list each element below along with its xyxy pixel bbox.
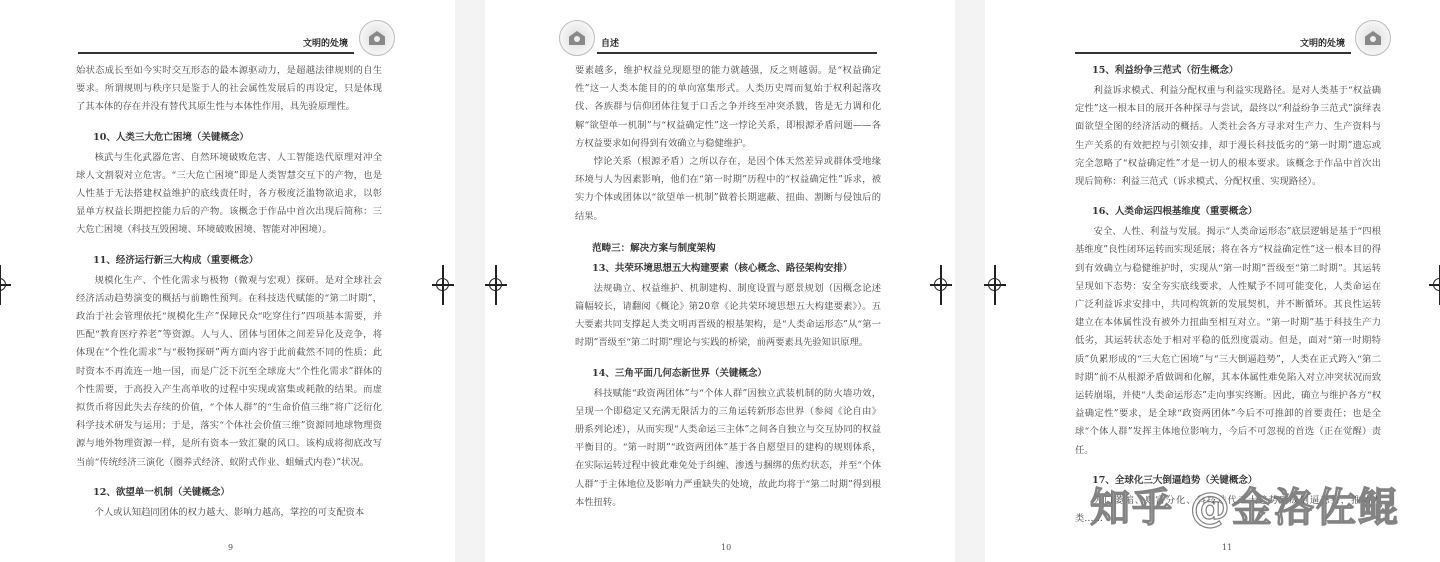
book-logo-icon: [1355, 20, 1391, 56]
page-number: 11: [1222, 543, 1232, 552]
paragraph: 悖论关系（根源矛盾）之所以存在，是因个体天然差异或群体受地缘环境与人为因素影响，…: [575, 153, 881, 226]
document-page-10: 自述 要素越多，维护权益兑现愿望的能力就越强，反之则越弱。是“权益确定性”这一人…: [485, 0, 955, 562]
registration-mark-icon: [1429, 265, 1440, 305]
book-logo-icon: [359, 20, 395, 56]
registration-mark-icon: [432, 265, 454, 305]
section-heading: 10、人类三大危亡困境（关键概念）: [76, 129, 382, 147]
page-number: 9: [228, 543, 233, 552]
intro-paragraph: 始状态成长至如今实时交互形态的最本源驱动力，是超越法律规则的自生要求。所谓规则与…: [76, 62, 382, 117]
page-number: 10: [721, 543, 731, 552]
header-title: 文明的处境: [1300, 36, 1345, 49]
section-heading: 15、利益纷争三范式（衍生概念）: [1075, 62, 1381, 80]
section-paragraph: 利益诉求模式、利益分配权重与利益实现路径。是对人类基于“权益确定性”这一根本目的…: [1075, 82, 1381, 191]
registration-mark-icon: [984, 265, 1006, 305]
section-heading: 14、三角平面几何态新世界（关键概念）: [575, 365, 881, 383]
section-heading: 16、人类命运四根基维度（重要概念）: [1075, 203, 1381, 221]
section-paragraph: 法规确立、权益维护、机制建构、制度设置与愿景规划（因概念论述篇幅较长，请翻阅《概…: [575, 280, 881, 353]
page-header: 自述: [559, 22, 879, 56]
watermark: 知乎 @金洛佐鲲: [1090, 476, 1400, 533]
page-body: 始状态成长至如今实时交互形态的最本源驱动力，是超越法律规则的自生要求。所谓规则与…: [76, 62, 382, 522]
header-title: 自述: [601, 36, 619, 49]
registration-mark-icon: [930, 265, 952, 305]
header-rule: [597, 52, 877, 54]
section-paragraph: 个人或认知趋同团体的权力越大、影响力越高，掌控的可支配资本: [76, 504, 382, 522]
registration-mark-icon: [0, 265, 11, 305]
document-page-9: 文明的处境 始状态成长至如今实时交互形态的最本源驱动力，是超越法律规则的自生要求…: [0, 0, 455, 562]
section-heading: 11、经济运行新三大构成（重要概念）: [76, 252, 382, 270]
registration-mark-icon: [485, 265, 507, 305]
page-header: 文明的处境: [78, 22, 418, 56]
intro-paragraph: 要素越多，维护权益兑现愿望的能力就越强，反之则越弱。是“权益确定性”这一人类本能…: [575, 62, 881, 153]
section-paragraph: 规模化生产、个性化需求与极物（微观与宏观）探研。是对全球社会经济活动趋势演变的概…: [76, 272, 382, 472]
page-body: 15、利益纷争三范式（衍生概念） 利益诉求模式、利益分配权重与利益实现路径。是对…: [1075, 62, 1381, 528]
page-body: 要素越多，维护权益兑现愿望的能力就越强，反之则越弱。是“权益确定性”这一人类本能…: [575, 62, 881, 512]
book-logo-icon: [559, 20, 595, 56]
category-heading: 范畴三：解决方案与制度架构: [575, 240, 881, 258]
section-paragraph: 核武与生化武器危害、自然环境破败危害、人工智能迭代原理对冲全球人文割裂对立危害。…: [76, 149, 382, 240]
section-heading: 13、共荣环境思想五大构建要素（核心概念、路径架构安排）: [575, 260, 881, 278]
header-rule: [78, 52, 354, 54]
header-title: 文明的处境: [303, 36, 348, 49]
section-paragraph: 安全、人性、利益与发展。揭示“人类命运形态”底层逻辑是基于“四根基维度”良性闭环…: [1075, 223, 1381, 460]
page-header: 文明的处境: [1075, 22, 1395, 56]
header-rule: [1075, 52, 1351, 54]
section-heading: 12、欲望单一机制（关键概念）: [76, 484, 382, 502]
section-paragraph: 科技赋能“政资两团体”与“个体人群”因独立武装机制的防火墙功效，呈现一个即稳定又…: [575, 385, 881, 512]
